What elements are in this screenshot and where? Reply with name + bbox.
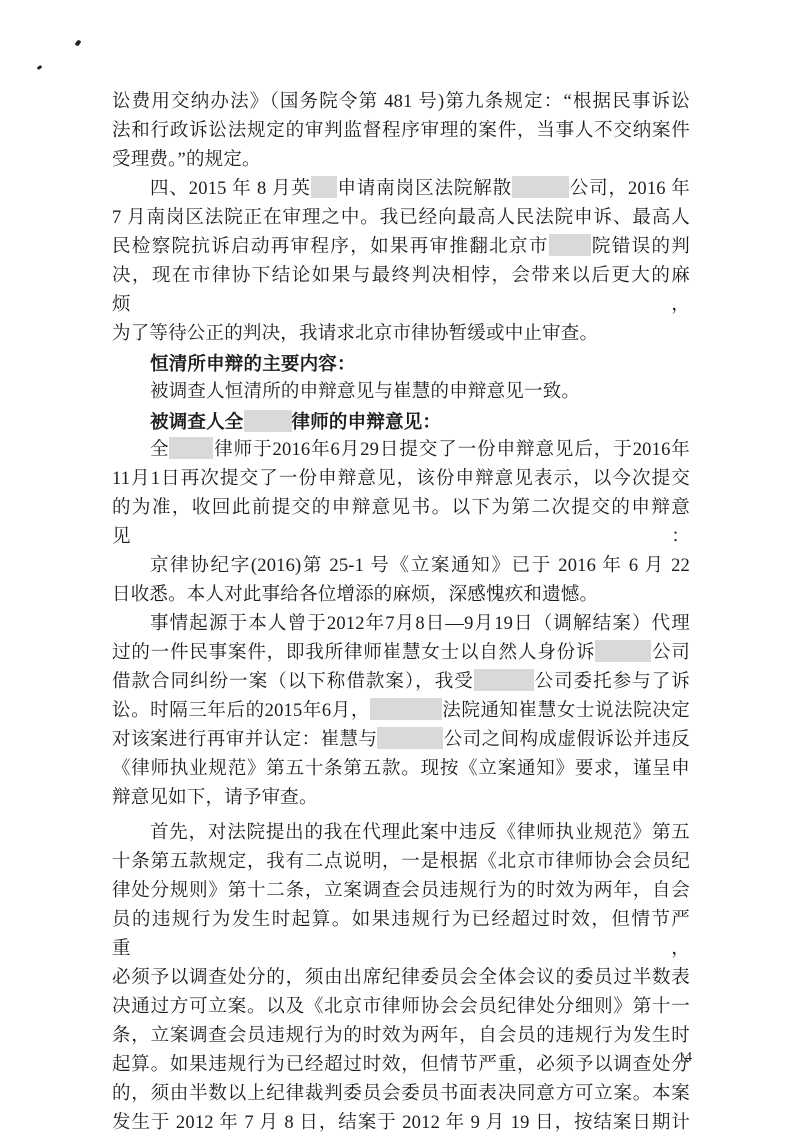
- document-body: 讼费用交纳办法》（国务院令第 481 号)第九条规定：“根据民事诉讼法和行政诉讼…: [112, 88, 690, 1138]
- text-line: 律处分规则》第十二条，立案调查会员违规行为的时效为两年，自会: [112, 877, 690, 906]
- para-hengqing-opinion: 被调查人恒清所的申辩意见与崔慧的申辩意见一致。: [112, 378, 690, 407]
- text-run: 被调查人全: [150, 411, 244, 432]
- text-run: 京律协纪字(2016)第 25-1 号《立案通知》已于 2016 年 6 月 2…: [150, 556, 690, 576]
- para-case-origin: 事情起源于本人曾于2012年7月8日—9月19日（调解结案）代理过的一件民事案件…: [112, 610, 690, 813]
- text-line: 的，须由半数以上纪律裁判委员会委员书面表决同意方可立案。本案: [112, 1080, 690, 1109]
- text-line: 借款合同纠纷一案（以下称借款案），我受公司委托参与了诉: [112, 668, 690, 697]
- text-run: 民检察院抗诉启动再审程序，如果再审推翻北京市: [112, 237, 549, 257]
- text-run: 11月1日再次提交了一份申辩意见，该份申辩意见表示，以今次提交: [112, 469, 690, 489]
- redaction-box: [474, 669, 534, 691]
- redaction-box: [549, 234, 591, 256]
- text-line: 条，立案调查会员违规行为的时效为两年，自会员的违规行为发生时: [112, 1022, 690, 1051]
- page-number: 14: [678, 1050, 692, 1066]
- para-first-explanation: 首先，对法院提出的我在代理此案中违反《律师执业规范》第五十条第五款规定，我有二点…: [112, 819, 690, 1138]
- text-run: 决通过方可立案。以及《北京市律师协会会员纪律处分细则》第十一: [112, 997, 690, 1017]
- heading-hengqing-defense: 恒清所申辩的主要内容：: [112, 349, 690, 378]
- text-run: 律处分规则》第十二条，立案调查会员违规行为的时效为两年，自会: [112, 881, 690, 901]
- text-line: 必须予以调查处分的，须由出席纪律委员会全体会议的委员过半数表: [112, 964, 690, 993]
- text-run: 事情起源于本人曾于2012年7月8日—9月19日（调解结案）代理: [150, 614, 690, 634]
- text-line: 7 月南岗区法院正在审理之中。我已经向最高人民法院申诉、最高人: [112, 204, 690, 233]
- text-line: 十条第五款规定，我有二点说明，一是根据《北京市律师协会会员纪: [112, 848, 690, 877]
- text-run: 公司之间构成虚假诉讼并违反: [443, 730, 690, 750]
- text-run: 为了等待公正的判决，我请求北京市律协暂缓或中止审查。: [112, 324, 598, 344]
- redaction-box: [370, 698, 442, 720]
- text-line: 全律师于2016年6月29日提交了一份申辩意见后，于2016年: [112, 436, 690, 465]
- text-run: 对该案进行再审并认定：崔慧与: [112, 730, 377, 750]
- text-run: 7 月南岗区法院正在审理之中。我已经向最高人民法院申诉、最高人: [112, 208, 690, 228]
- redaction-box: [377, 727, 443, 749]
- text-run: 院错误的判: [591, 237, 690, 257]
- para-case-notice: 京律协纪字(2016)第 25-1 号《立案通知》已于 2016 年 6 月 2…: [112, 552, 690, 610]
- text-run: 四、2015 年 8 月英: [150, 179, 311, 199]
- text-line: 起算。如果违规行为已经超过时效，但情节严重，必须予以调查处分: [112, 1051, 690, 1080]
- text-run: 的，须由半数以上纪律裁判委员会委员书面表决同意方可立案。本案: [112, 1084, 690, 1104]
- scan-speckle: [75, 39, 82, 46]
- text-run: 律师的申辩意见：: [292, 411, 442, 432]
- para-quan-submission: 全律师于2016年6月29日提交了一份申辩意见后，于2016年11月1日再次提交…: [112, 436, 690, 552]
- text-run: 首先，对法院提出的我在代理此案中违反《律师执业规范》第五: [150, 823, 690, 843]
- text-line: 的为准，收回此前提交的申辩意见书。以下为第二次提交的申辩意见：: [112, 494, 690, 552]
- text-run: 讼。时隔三年后的2015年6月，: [112, 701, 370, 721]
- text-line: 辩意见如下，请予审查。: [112, 784, 690, 813]
- text-run: 《律师执业规范》第五十条第五款。现按《立案通知》要求，谨呈申: [112, 759, 690, 779]
- redaction-box: [311, 176, 337, 198]
- text-run: 法院通知崔慧女士说法院决定: [442, 701, 690, 721]
- text-line: 11月1日再次提交了一份申辩意见，该份申辩意见表示，以今次提交: [112, 465, 690, 494]
- text-run: 恒清所申辩的主要内容：: [150, 353, 356, 374]
- text-line: 事情起源于本人曾于2012年7月8日—9月19日（调解结案）代理: [112, 610, 690, 639]
- heading-lawyer-quan-defense: 被调查人全律师的申辩意见：: [112, 407, 690, 436]
- para-fee-regulation: 讼费用交纳办法》（国务院令第 481 号)第九条规定：“根据民事诉讼法和行政诉讼…: [112, 88, 690, 175]
- text-line: 员的违规行为发生时起算。如果违规行为已经超过时效，但情节严重，: [112, 906, 690, 964]
- text-run: 全: [150, 440, 169, 460]
- para-item-four: 四、2015 年 8 月英申请南岗区法院解散公司，2016 年7 月南岗区法院正…: [112, 175, 690, 349]
- redaction-box: [512, 176, 569, 198]
- scanned-document-page: 讼费用交纳办法》（国务院令第 481 号)第九条规定：“根据民事诉讼法和行政诉讼…: [0, 0, 800, 1138]
- text-line: 受理费。”的规定。: [112, 146, 690, 175]
- text-line: 日收悉。本人对此事给各位增添的麻烦，深感愧疚和遗憾。: [112, 581, 690, 610]
- text-run: 被调查人恒清所的申辩意见与崔慧的申辩意见一致。: [150, 382, 580, 402]
- text-line: 为了等待公正的判决，我请求北京市律协暂缓或中止审查。: [112, 320, 690, 349]
- text-line: 被调查人恒清所的申辩意见与崔慧的申辩意见一致。: [112, 378, 690, 407]
- text-run: 公司: [651, 643, 690, 663]
- text-line: 《律师执业规范》第五十条第五款。现按《立案通知》要求，谨呈申: [112, 755, 690, 784]
- text-run: 公司委托参与了诉: [534, 672, 690, 692]
- scan-speckle: [37, 65, 43, 70]
- text-run: 过的一件民事案件，即我所律师崔慧女士以自然人身份诉: [112, 643, 595, 663]
- text-run: 条，立案调查会员违规行为的时效为两年，自会员的违规行为发生时: [112, 1026, 690, 1046]
- text-line: 对该案进行再审并认定：崔慧与公司之间构成虚假诉讼并违反: [112, 726, 690, 755]
- text-run: 受理费。”的规定。: [112, 150, 261, 170]
- text-line: 四、2015 年 8 月英申请南岗区法院解散公司，2016 年: [112, 175, 690, 204]
- text-line: 过的一件民事案件，即我所律师崔慧女士以自然人身份诉公司: [112, 639, 690, 668]
- text-run: 必须予以调查处分的，须由出席纪律委员会全体会议的委员过半数表: [112, 968, 690, 988]
- text-line: 发生于 2012 年 7 月 8 日，结案于 2012 年 9 月 19 日，按…: [112, 1109, 690, 1138]
- text-line: 首先，对法院提出的我在代理此案中违反《律师执业规范》第五: [112, 819, 690, 848]
- text-run: 辩意见如下，请予审查。: [112, 788, 318, 808]
- redaction-box: [595, 640, 651, 662]
- text-line: 讼费用交纳办法》（国务院令第 481 号)第九条规定：“根据民事诉讼: [112, 88, 690, 117]
- text-run: 申请南岗区法院解散: [337, 179, 512, 199]
- text-run: 公司，2016 年: [569, 179, 690, 199]
- text-run: 发生于 2012 年 7 月 8 日，结案于 2012 年 9 月 19 日，按…: [112, 1113, 690, 1133]
- text-line: 决，现在市律协下结论如果与最终判决相悖，会带来以后更大的麻烦，: [112, 262, 690, 320]
- redaction-box: [169, 437, 213, 459]
- text-line: 恒清所申辩的主要内容：: [112, 349, 690, 378]
- text-run: 法和行政诉讼法规定的审判监督程序审理的案件，当事人不交纳案件: [112, 121, 690, 141]
- text-run: 员的违规行为发生时起算。如果违规行为已经超过时效，但情节严重，: [112, 910, 690, 959]
- text-line: 京律协纪字(2016)第 25-1 号《立案通知》已于 2016 年 6 月 2…: [112, 552, 690, 581]
- text-line: 民检察院抗诉启动再审程序，如果再审推翻北京市院错误的判: [112, 233, 690, 262]
- redaction-box: [244, 410, 292, 432]
- text-run: 起算。如果违规行为已经超过时效，但情节严重，必须予以调查处分: [112, 1055, 690, 1075]
- text-line: 被调查人全律师的申辩意见：: [112, 407, 690, 436]
- text-run: 的为准，收回此前提交的申辩意见书。以下为第二次提交的申辩意见：: [112, 498, 690, 547]
- text-run: 决，现在市律协下结论如果与最终判决相悖，会带来以后更大的麻烦，: [112, 266, 690, 315]
- text-line: 讼。时隔三年后的2015年6月，法院通知崔慧女士说法院决定: [112, 697, 690, 726]
- text-line: 决通过方可立案。以及《北京市律师协会会员纪律处分细则》第十一: [112, 993, 690, 1022]
- text-run: 十条第五款规定，我有二点说明，一是根据《北京市律师协会会员纪: [112, 852, 690, 872]
- text-run: 律师于2016年6月29日提交了一份申辩意见后，于2016年: [213, 440, 690, 460]
- text-run: 讼费用交纳办法》（国务院令第 481 号)第九条规定：“根据民事诉讼: [112, 92, 690, 112]
- text-line: 法和行政诉讼法规定的审判监督程序审理的案件，当事人不交纳案件: [112, 117, 690, 146]
- text-run: 借款合同纠纷一案（以下称借款案），我受: [112, 672, 474, 692]
- text-run: 日收悉。本人对此事给各位增添的麻烦，深感愧疚和遗憾。: [112, 585, 598, 605]
